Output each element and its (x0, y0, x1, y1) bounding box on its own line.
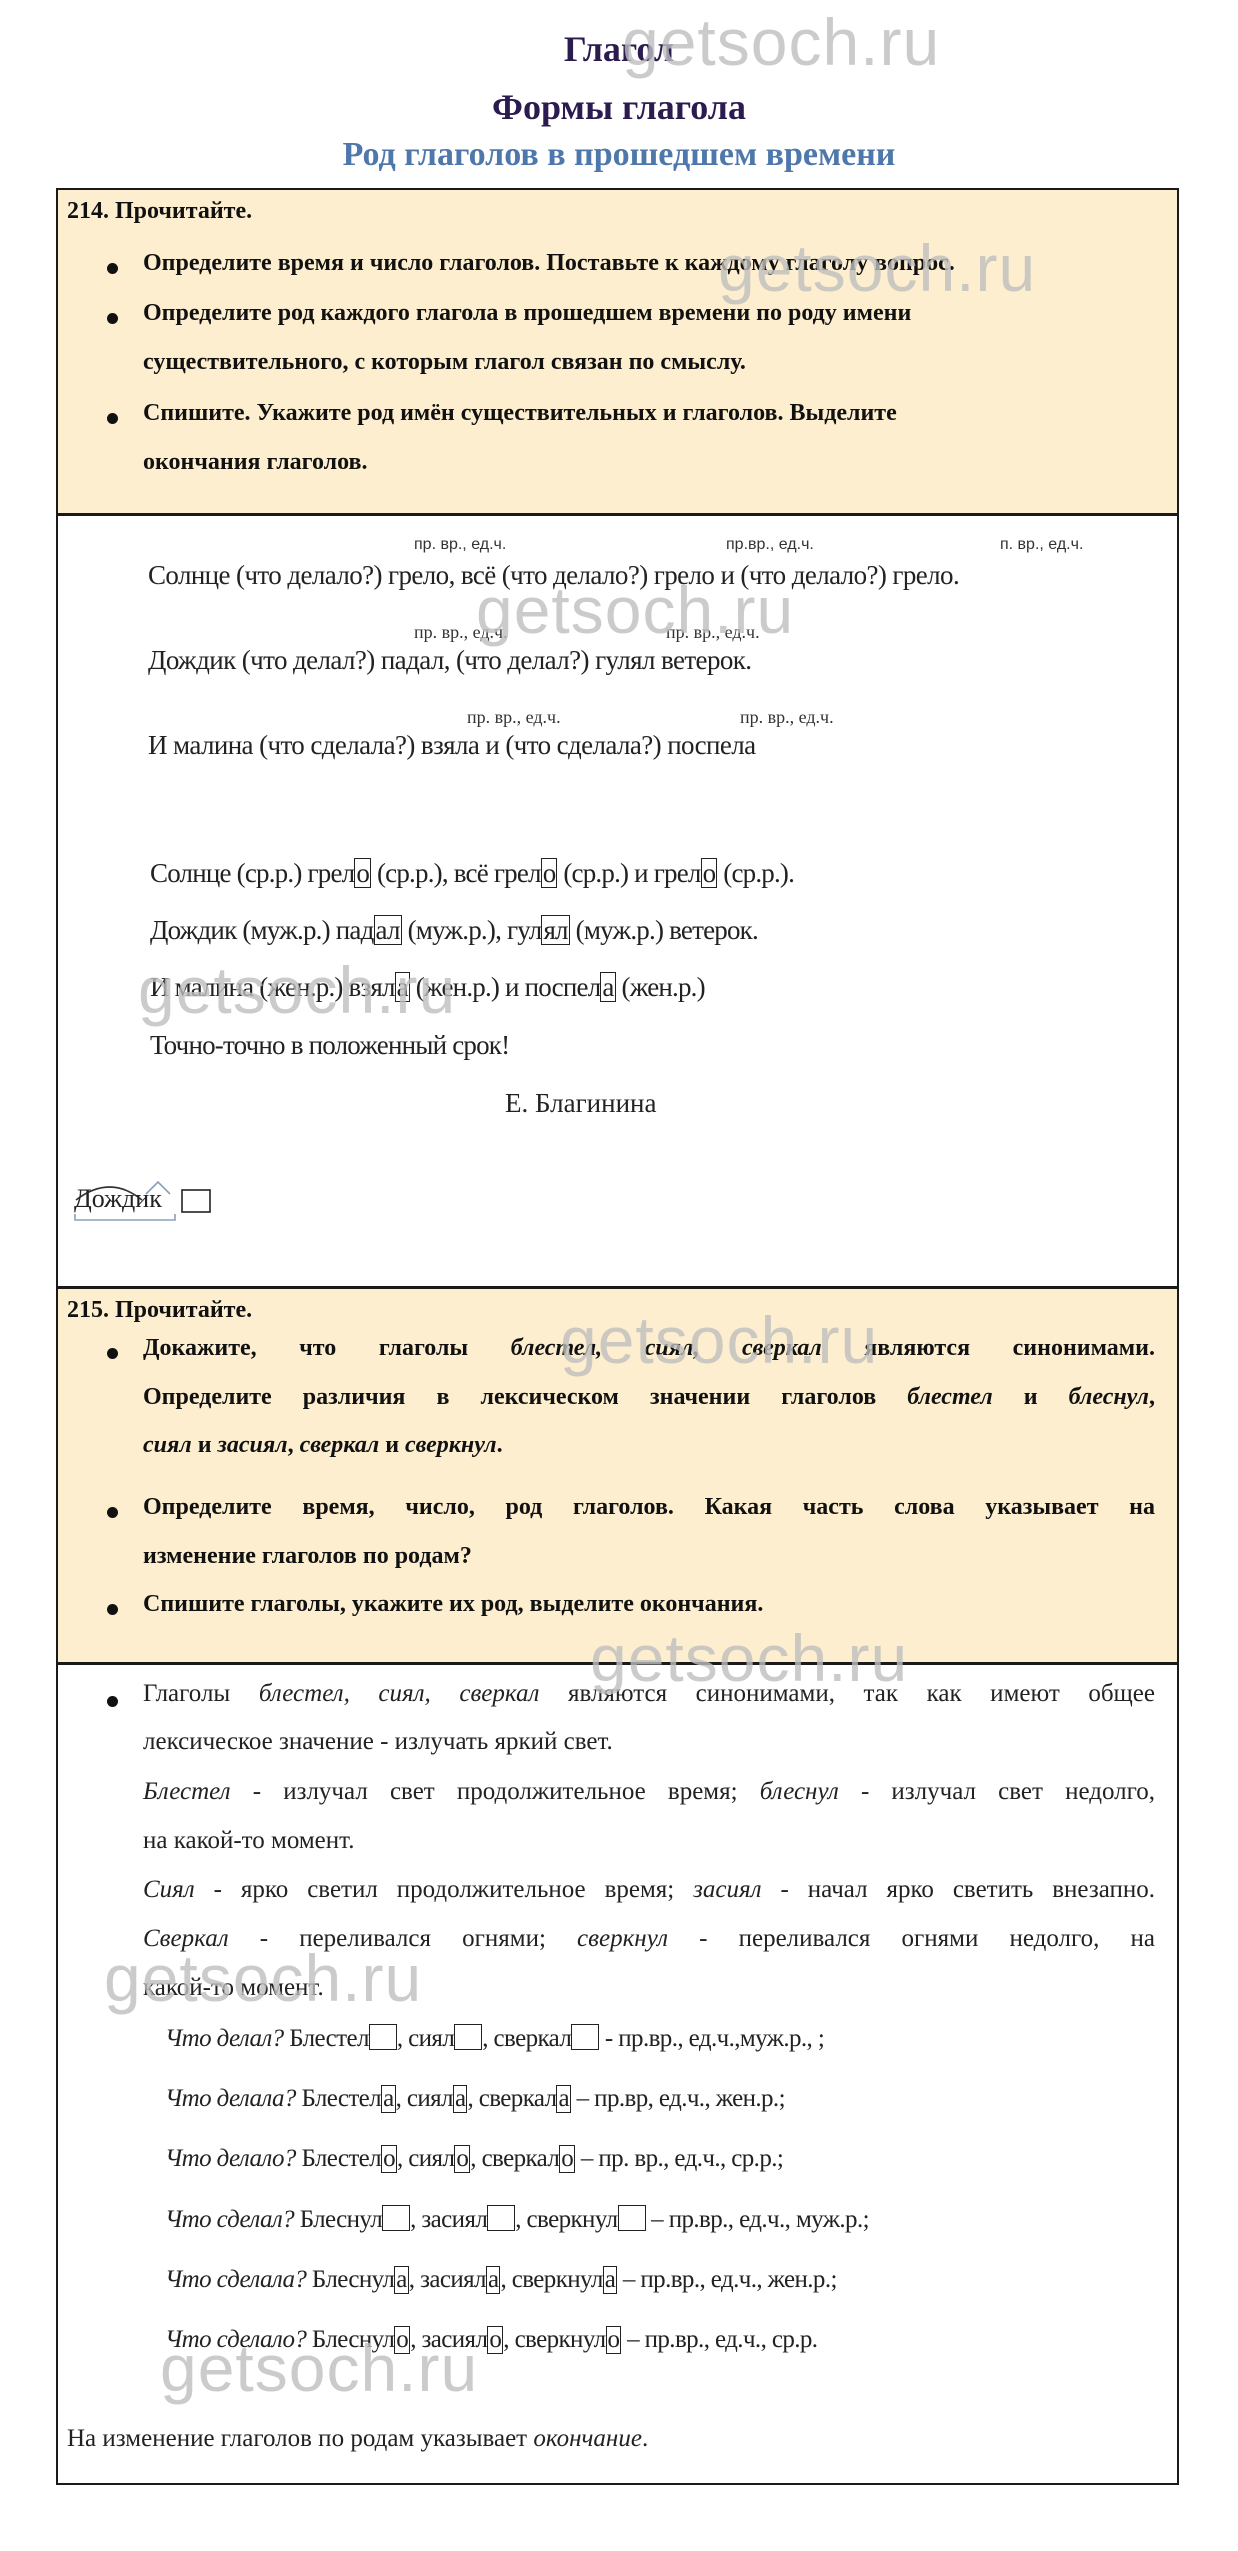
answer-line: Дождик (что делал?) падал, (что делал?) … (148, 645, 751, 676)
verb-stem: засиял (421, 2206, 487, 2233)
ending-box: ал (374, 915, 402, 945)
grammar-info: – пр.вр., ед.ч., жен.р.; (617, 2266, 837, 2293)
word-structure-parse: Дождик (72, 1170, 232, 1230)
text-segment: - переливался огнями; (229, 1925, 577, 1952)
divider (56, 1662, 1179, 1665)
exercise-214-bullet-3: Спишите. Укажите род имён существительны… (143, 400, 897, 427)
verb-stem: сверкал (494, 2025, 572, 2052)
verb-form-row: Что сделал? Блеснул, засиял, сверкнул – … (165, 2205, 869, 2234)
text-segment: На изменение глаголов по родам указывает (67, 2425, 533, 2452)
definition-line: Сверкал - переливался огнями; сверкнул -… (143, 1925, 1155, 1953)
grammar-info: – пр.вр, ед.ч., жен.р.; (571, 2085, 785, 2112)
italic-verb: Сверкал (143, 1925, 229, 1952)
exercise-215-heading: 215. Прочитайте. (67, 1297, 252, 1324)
ending-box: а (603, 2266, 618, 2294)
verb-form-row: Что делал? Блестел, сиял, сверкал - пр.в… (165, 2024, 824, 2053)
verb-stem: сверкнул (527, 2206, 618, 2233)
verb-form-row: Что сделала? Блеснула, засияла, сверкнул… (165, 2266, 837, 2294)
parsed-word: Дождик (74, 1184, 162, 1214)
verb-stem: засиял (422, 2326, 488, 2353)
verb-stem: Блестел (301, 2085, 381, 2112)
ending-box: о (559, 2145, 575, 2173)
italic-verb: сверкал (300, 1432, 380, 1458)
gender-line: Солнце (ср.р.) грело (ср.р.), всё грело … (150, 858, 794, 889)
page-title: Глагол (0, 28, 1238, 70)
italic-verb: блестел (907, 1384, 992, 1410)
text-segment: . (497, 1432, 503, 1458)
exercise-215-bullet-1-cont: сиял и засиял, сверкал и сверкнул. (143, 1432, 503, 1459)
empty-ending-box (454, 2024, 482, 2050)
text-segment: - излучал свет продолжительное время; (231, 1778, 760, 1805)
question: Что делал? (165, 2025, 284, 2052)
text-segment: И малина (жен.р.) взял (150, 972, 395, 1002)
empty-ending-box (618, 2205, 646, 2231)
annotation-label: пр. вр., ед.ч. (414, 622, 508, 643)
text-segment: являются синонимами, так как имеют общее (539, 1680, 1155, 1707)
text-segment: - ярко светил продолжительное время; (195, 1876, 693, 1903)
italic-verbs: блестел, сиял, сверкал (511, 1335, 822, 1361)
ending-box: а (381, 2085, 396, 2113)
italic-verb: Блестел (143, 1778, 231, 1805)
text-segment: и (993, 1384, 1069, 1410)
exercise-214-bullet-3-cont: окончания глаголов. (143, 449, 367, 476)
verb-stem: сверкал (479, 2085, 557, 2112)
text-segment: Глаголы (143, 1680, 259, 1707)
annotation-label: пр. вр., ед.ч. (740, 707, 834, 728)
poem-author: Е. Благинина (505, 1088, 656, 1119)
answer-line: И малина (что сделала?) взяла и (что сде… (148, 730, 756, 761)
text-segment: , (1149, 1384, 1155, 1410)
text-segment: Солнце (ср.р.) грел (150, 858, 354, 888)
exercise-215-bullet-1: Докажите, что глаголы блестел, сиял, све… (143, 1335, 1155, 1362)
exercise-215-bullet-2-cont: изменение глаголов по родам? (143, 1543, 472, 1570)
verb-stem: Блестел (289, 2025, 369, 2052)
poem-closing-line: Точно-точно в положенный срок! (150, 1030, 509, 1061)
exercise-215-bullet-1-cont: Определите различия в лексическом значен… (143, 1384, 1155, 1411)
italic-verb: блеснул (1069, 1384, 1149, 1410)
ending-box: ял (541, 915, 569, 945)
ending-box: а (600, 972, 615, 1002)
ending-box: о (394, 2326, 410, 2354)
verb-stem: Блеснул (312, 2326, 394, 2353)
text-segment: (ср.р.) и грел (557, 858, 700, 888)
exercise-215-bullet-3: Спишите глаголы, укажите их род, выделит… (143, 1591, 763, 1618)
text-segment: и (379, 1432, 405, 1458)
grammar-info: – пр.вр., ед.ч., ср.р. (621, 2326, 817, 2353)
definition-line: Сиял - ярко светил продолжительное время… (143, 1876, 1155, 1904)
annotation-label: пр.вр., ед.ч. (726, 536, 814, 554)
italic-verb: засиял (693, 1876, 761, 1903)
text-segment: - начал ярко светить внезапно. (762, 1876, 1155, 1903)
text-segment: Определите различия в лексическом значен… (143, 1384, 907, 1410)
ending-box: а (453, 2085, 468, 2113)
annotation-label: пр. вр., ед.ч. (666, 622, 760, 643)
divider (56, 513, 1179, 516)
bullet-icon (107, 1507, 118, 1518)
bullet-icon (107, 413, 118, 424)
ending-box: о (381, 2145, 397, 2173)
ending-box: о (487, 2326, 503, 2354)
exercise-215-bullet-2: Определите время, число, род глаголов. К… (143, 1494, 1155, 1521)
grammar-info: – пр. вр., ед.ч., ср.р.; (575, 2145, 783, 2172)
text-segment: (ср.р.), всё грел (371, 858, 541, 888)
text-segment: (ср.р.). (717, 858, 794, 888)
bullet-icon (107, 1696, 118, 1707)
topic-heading: Род глаголов в прошедшем времени (0, 136, 1238, 174)
page-subtitle: Формы глагола (0, 86, 1238, 128)
gender-line: Дождик (муж.р.) падал (муж.р.), гулял (м… (150, 915, 758, 946)
grammar-info: – пр.вр., ед.ч., муж.р.; (646, 2206, 869, 2233)
answer-intro-cont: лексическое значение - излучать яркий св… (143, 1728, 613, 1756)
ending-box: о (354, 858, 371, 888)
text-segment: Дождик (муж.р.) пад (150, 915, 374, 945)
grammar-info: - пр.вр., ед.ч.,муж.р., ; (599, 2025, 824, 2052)
text-segment: (жен.р.) и поспел (410, 972, 601, 1002)
verb-stem: сверкал (482, 2145, 560, 2172)
text-segment: (жен.р.) (616, 972, 705, 1002)
question: Что делало? (165, 2145, 296, 2172)
question: Что сделал? (165, 2206, 294, 2233)
exercise-214-bullet-2: Определите род каждого глагола в прошедш… (143, 300, 911, 327)
annotation-label: п. вр., ед.ч. (1000, 536, 1083, 554)
verb-stem: Блеснул (312, 2266, 394, 2293)
ending-box: о (701, 858, 718, 888)
text-segment: Докажите, что глаголы (143, 1335, 511, 1361)
ending-box: о (606, 2326, 622, 2354)
text-segment: (муж.р.) ветерок. (570, 915, 758, 945)
verb-form-row: Что сделало? Блеснуло, засияло, сверкнул… (165, 2326, 817, 2354)
question: Что сделала? (165, 2266, 306, 2293)
text-segment: - переливался огнями недолго, на (668, 1925, 1155, 1952)
bullet-icon (107, 1348, 118, 1359)
verb-stem: сверкнул (515, 2326, 606, 2353)
text-segment: и (192, 1432, 218, 1458)
verb-stem: сиял (408, 2025, 454, 2052)
definition-line: Блестел - излучал свет продолжительное в… (143, 1778, 1155, 1806)
question: Что делала? (165, 2085, 296, 2112)
ending-box: а (556, 2085, 571, 2113)
conclusion: На изменение глаголов по родам указывает… (67, 2425, 648, 2453)
italic-verb: сверкнул (577, 1925, 668, 1952)
gender-line: И малина (жен.р.) взяла (жен.р.) и поспе… (150, 972, 705, 1003)
verb-stem: сиял (407, 2085, 453, 2112)
italic-verbs: блестел, сиял, сверкал (259, 1680, 540, 1707)
annotation-label: пр. вр., ед.ч. (414, 536, 506, 554)
text-segment: . (642, 2425, 648, 2452)
verb-stem: Блеснул (300, 2206, 382, 2233)
exercise-214-bullet-2-cont: существительного, с которым глагол связа… (143, 349, 746, 376)
italic-verb: блеснул (760, 1778, 839, 1805)
text-segment: (муж.р.), гул (402, 915, 542, 945)
italic-verb: сверкнул (405, 1432, 497, 1458)
ending-box: о (541, 858, 558, 888)
answer-line: Солнце (что делало?) грело, всё (что дел… (148, 560, 959, 591)
bullet-icon (107, 1604, 118, 1615)
answer-intro: Глаголы блестел, сиял, сверкал являются … (143, 1680, 1155, 1708)
text-segment: , (288, 1432, 300, 1458)
empty-ending-box (571, 2024, 599, 2050)
verb-stem: Блестел (301, 2145, 381, 2172)
ending-box: а (486, 2266, 501, 2294)
empty-ending-box (382, 2205, 410, 2231)
italic-verb: Сиял (143, 1876, 195, 1903)
question: Что сделало? (165, 2326, 306, 2353)
exercise-214-bullet-1: Определите время и число глаголов. Поста… (143, 250, 955, 277)
verb-stem: сиял (408, 2145, 454, 2172)
empty-ending-box (369, 2024, 397, 2050)
ending-box: а (395, 972, 410, 1002)
bullet-icon (107, 263, 118, 274)
divider (56, 1286, 1179, 1289)
italic-verb: сиял (143, 1432, 192, 1458)
ending-box: о (454, 2145, 470, 2173)
text-segment: - излучал свет недолго, (839, 1778, 1155, 1805)
annotation-label: пр. вр., ед.ч. (467, 707, 561, 728)
verb-form-row: Что делало? Блестело, сияло, сверкало – … (165, 2145, 783, 2173)
verb-stem: засиял (420, 2266, 486, 2293)
italic-verb: засиял (218, 1432, 288, 1458)
verb-form-row: Что делала? Блестела, сияла, сверкала – … (165, 2085, 785, 2113)
definition-line-cont: какой-то момент. (143, 1974, 324, 2002)
exercise-214-heading: 214. Прочитайте. (67, 198, 252, 225)
italic-term: окончание (533, 2425, 642, 2452)
definition-line-cont: на какой-то момент. (143, 1827, 354, 1855)
empty-ending-box (487, 2205, 515, 2231)
verb-stem: сверкнул (512, 2266, 603, 2293)
ending-box: а (394, 2266, 409, 2294)
bullet-icon (107, 313, 118, 324)
text-segment: являются синонимами. (822, 1335, 1155, 1361)
